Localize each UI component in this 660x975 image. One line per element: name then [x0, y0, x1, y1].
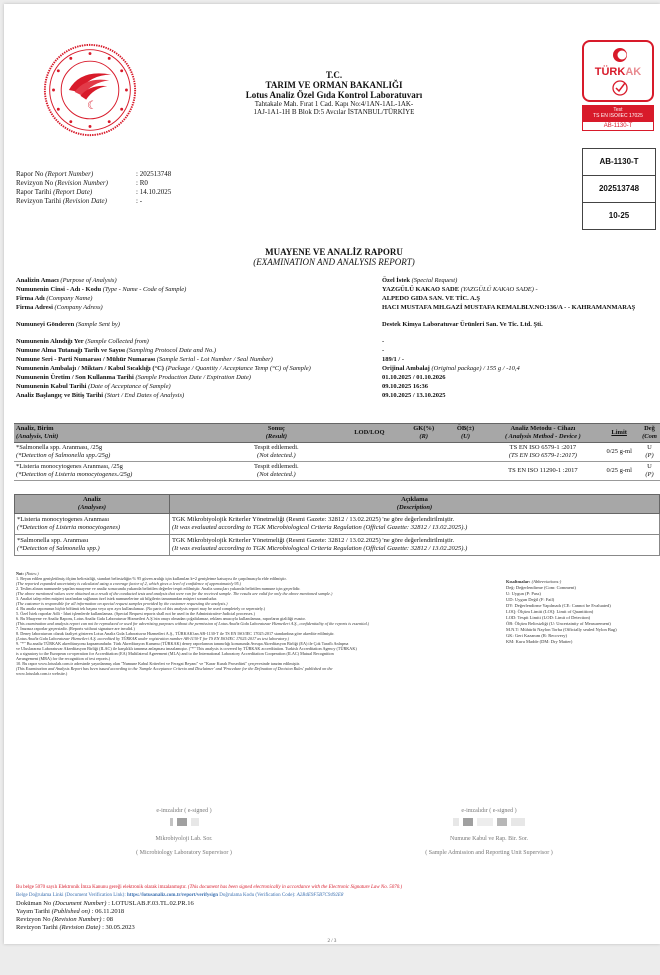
accreditation-number: AB-1130-T [583, 149, 655, 176]
doc-revision-date: Revizyon Tarihi (Revision Date) : 30.05.… [16, 924, 402, 932]
report-meta: Rapor No (Report Number): 202513748Reviz… [16, 170, 171, 206]
doc-number: Doküman No (Document Number) : LOTUSLAB.… [16, 900, 402, 908]
verification-link[interactable]: https://lotusanaliz.com.tr/report/verify… [127, 893, 218, 898]
published-date: Yayım Tarihi (Published on) : 06.11.2018 [16, 908, 402, 916]
report-page: ☾ T.C. TARIM VE ORMAN BAKANLIĞI Lotus An… [4, 4, 660, 944]
note-line: www.lotuslab.com.tr website.) [16, 671, 466, 676]
sample-info-row: Numune Seri - Parti Numarası / Mühür Num… [16, 355, 660, 364]
evaluation-header-row: Analiz(Analyses) Açıklama(Description) [15, 495, 660, 514]
report-number: 202513748 [583, 176, 655, 203]
signature-sample-admission: e-imzalıdır ( e-signed ) Numune Kabul ve… [379, 804, 599, 860]
sample-info-row: Numunenin Ambalajı / Miktarı / Kabul Sıc… [16, 364, 660, 373]
header-lab-name: Lotus Analiz Özel Gıda Kontrol Laboratuv… [184, 90, 484, 100]
turkak-accreditation-logo: TÜRKAK Test TS EN ISO/IEC 17025 AB-1130-… [582, 40, 654, 131]
header-tc: T.C. [184, 70, 484, 80]
title-tr: MUAYENE VE ANALİZ RAPORU [184, 247, 484, 257]
sample-info-row: Analizin Amacı (Purpose of Analysis)Özel… [16, 276, 660, 285]
meta-row: Rapor Tarihi (Report Date): 14.10.2025 [16, 188, 171, 197]
evaluation-table: Analiz(Analyses) Açıklama(Description) *… [14, 494, 660, 556]
sample-info-row: Numuneyi Gönderen (Sample Sent by)Destek… [16, 320, 660, 337]
sample-info-row: Numunenin Kabul Tarihi (Date of Acceptan… [16, 382, 660, 391]
meta-row: Revizyon Tarihi (Revision Date): - [16, 197, 171, 206]
page-number: 2 / 3 [4, 939, 660, 944]
notes-section: Not: (Notes:) 1. Beyan edilen genişletil… [16, 571, 466, 676]
sample-info-row: Analiz Başlangıç ve Bitiş Tarihi (Start … [16, 391, 660, 400]
abbreviation-item: KM: Kuru Madde (DM: Dry Matter) [506, 639, 656, 645]
sample-info-row: Numunenin Üretim / Son Kullanma Tarihi (… [16, 373, 660, 382]
sample-info-row: Firma Adı (Company Name)ALPEDO GIDA SAN.… [16, 294, 660, 303]
svg-text:☾: ☾ [87, 100, 97, 112]
evaluation-row: *Salmonella spp. Aranması(*Detection of … [15, 535, 660, 556]
esign-notice: Bu belge 5070 sayılı Elektronik İmza Kan… [16, 884, 402, 892]
sample-info-row: Firma Adresi (Company Adress)HACI MUSTAF… [16, 303, 660, 320]
sample-info-row: Numune Alma Tutanağı Tarih ve Sayısı (Sa… [16, 346, 660, 355]
document-footer: Bu belge 5070 sayılı Elektronik İmza Kan… [16, 884, 402, 932]
redacted-signature [379, 818, 599, 832]
meta-row: Revizyon No (Revision Number): R0 [16, 179, 171, 188]
results-header-row: Analiz, Birim(Analysis, Unit) Sonuç(Resu… [14, 424, 660, 443]
lab-header: T.C. TARIM VE ORMAN BAKANLIĞI Lotus Anal… [184, 70, 484, 116]
report-period: 10-25 [583, 203, 655, 229]
report-id-box: AB-1130-T 202513748 10-25 [582, 148, 656, 230]
abbreviations-section: Kısaltmalar: (Abbreviations:) Değ: Değer… [506, 579, 656, 645]
turkak-wordmark: TÜRKAK [584, 66, 652, 78]
header-address-1: Tahtakale Mah. Fırat 1 Cad. Kapı No:4/1A… [184, 100, 484, 108]
title-en: (EXAMINATION AND ANALYSIS REPORT) [184, 257, 484, 267]
doc-revision-number: Revizyon No (Revision Number) : 08 [16, 916, 402, 924]
redacted-signature [74, 818, 294, 832]
result-row: *Listeria monocytogenes Aranması, /25g(*… [14, 462, 660, 481]
turkak-standard: Test TS EN ISO/IEC 17025 [582, 105, 654, 121]
sample-info: Analizin Amacı (Purpose of Analysis)Özel… [16, 276, 660, 400]
report-title: MUAYENE VE ANALİZ RAPORU (EXAMINATION AN… [184, 247, 484, 267]
ministry-seal-icon: ☾ [42, 42, 138, 138]
verification-code: A2B4E9F5B7C9492E8 [297, 893, 344, 898]
results-table: Analiz, Birim(Analysis, Unit) Sonuç(Resu… [14, 423, 660, 481]
turkak-code: AB-1130-T [582, 121, 654, 131]
header-address-2: 1AJ-1A1-1H B Blok D:5 Avcılar İSTANBUL/T… [184, 108, 484, 116]
sample-info-row: Numunenin Alındığı Yer (Sample Collected… [16, 337, 660, 346]
evaluation-row: *Listeria monocytogenes Aranması(*Detect… [15, 514, 660, 535]
header-ministry: TARIM VE ORMAN BAKANLIĞI [184, 80, 484, 90]
result-row: *Salmonella spp. Aranması, /25g(*Detecti… [14, 443, 660, 462]
signature-microbiology: e-imzalıdır ( e-signed ) Mikrobiyoloji L… [74, 804, 294, 860]
meta-row: Rapor No (Report Number): 202513748 [16, 170, 171, 179]
verification-line: Belge Doğrulama Linki (Document Verifica… [16, 892, 402, 900]
sample-info-row: Numunenin Cinsi - Adı - Kodu (Type - Nam… [16, 285, 660, 294]
